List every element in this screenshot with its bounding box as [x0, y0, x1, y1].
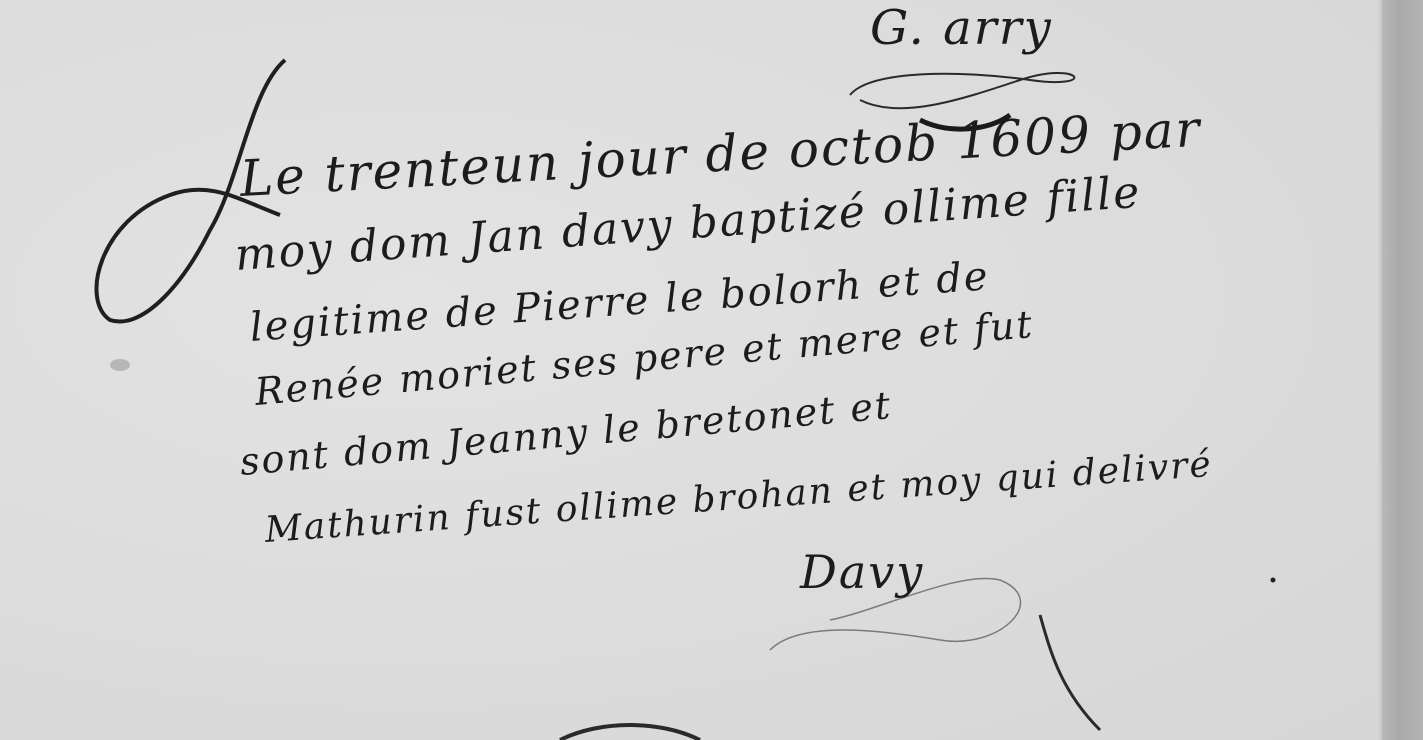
closing-signature: Davy [800, 545, 924, 599]
header-signature: G. arry [870, 0, 1053, 56]
